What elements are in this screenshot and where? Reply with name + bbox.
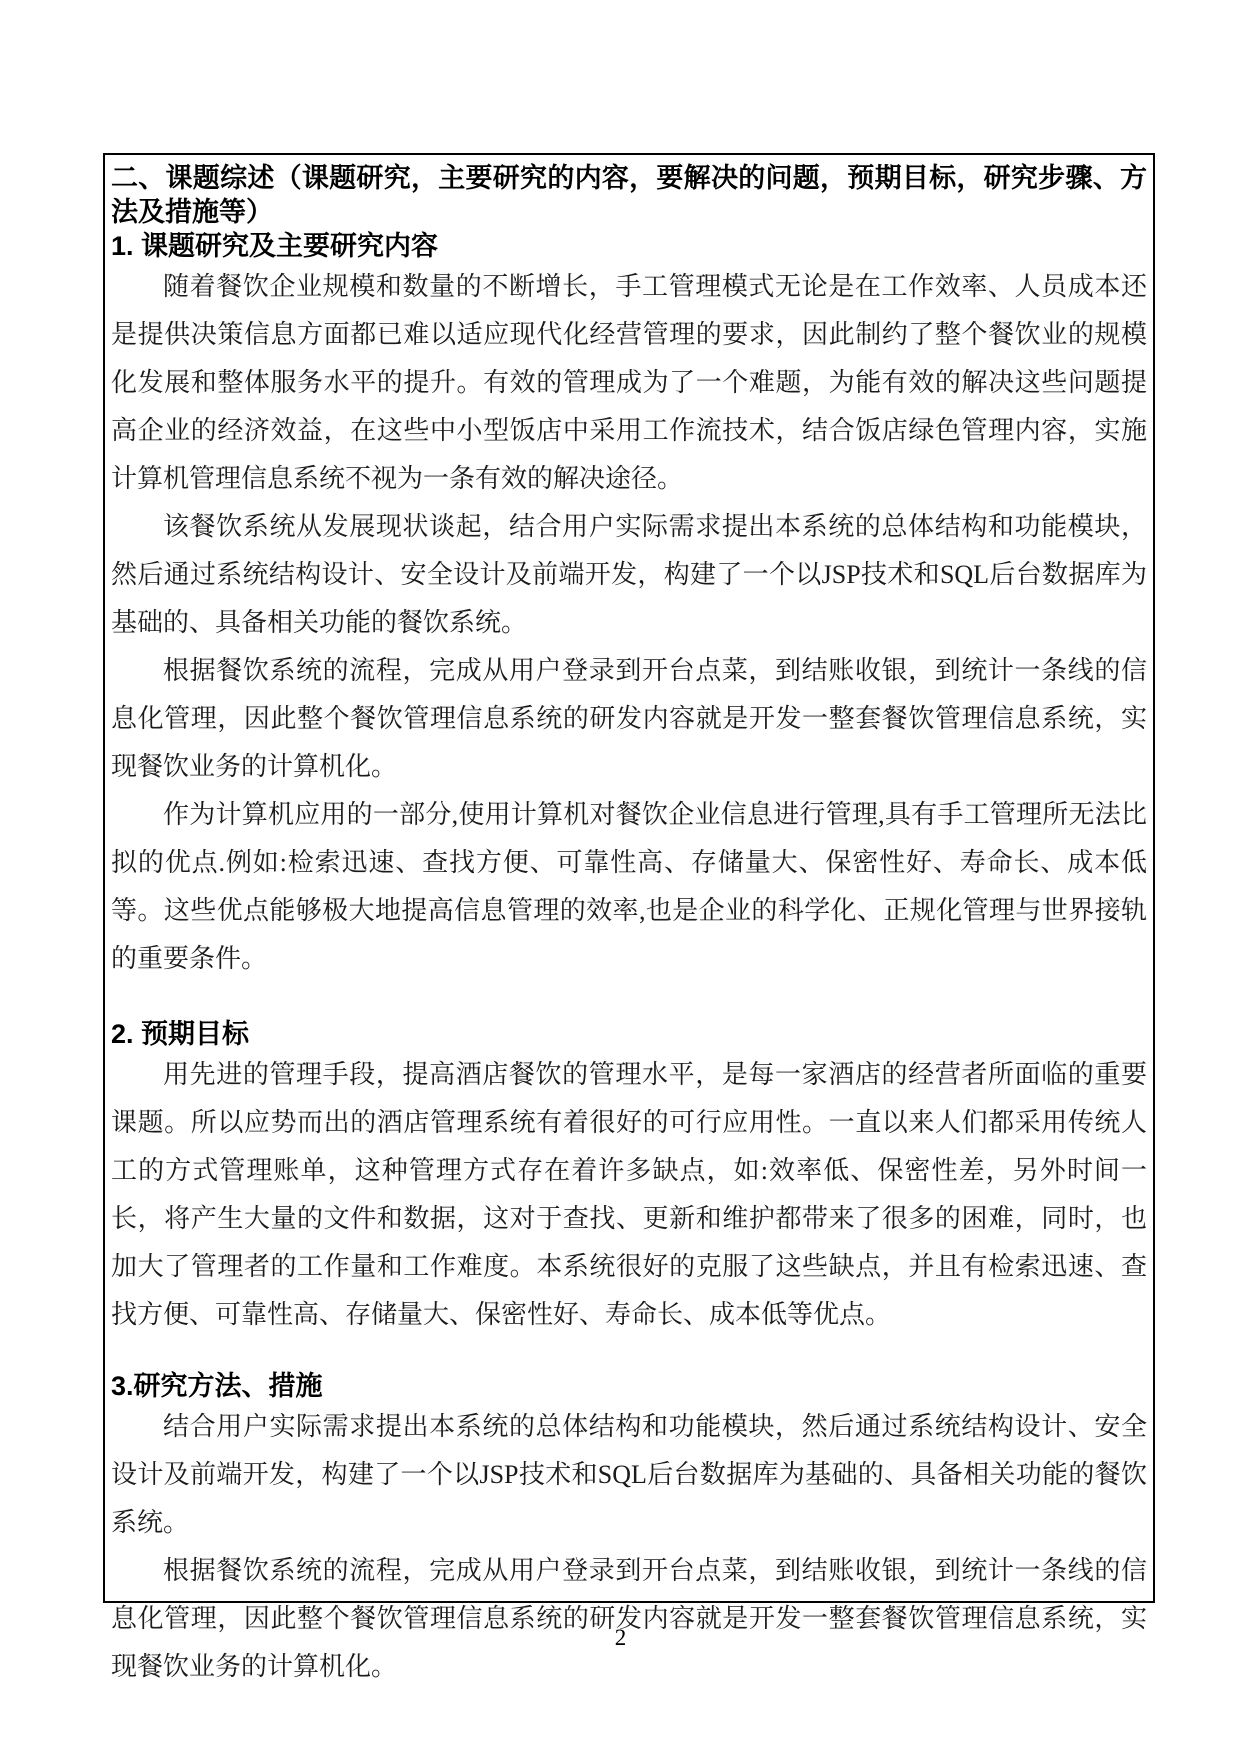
section-1-heading: 1. 课题研究及主要研究内容 [111,229,1147,263]
document-page: 二、课题综述（课题研究，主要研究的内容，要解决的问题，预期目标，研究步骤、方法及… [0,0,1241,1754]
section-1-paragraph-1: 随着餐饮企业规模和数量的不断增长，手工管理模式无论是在工作效率、人员成本还是提供… [111,263,1147,503]
topic-summary-box: 二、课题综述（课题研究，主要研究的内容，要解决的问题，预期目标，研究步骤、方法及… [103,153,1155,1603]
section-3-paragraph-1: 结合用户实际需求提出本系统的总体结构和功能模块，然后通过系统结构设计、安全设计及… [111,1403,1147,1547]
section-expected-goals: 2. 预期目标 用先进的管理手段，提高酒店餐饮的管理水平，是每一家酒店的经营者所… [111,1017,1147,1339]
section-1-paragraph-2: 该餐饮系统从发展现状谈起，结合用户实际需求提出本系统的总体结构和功能模块，然后通… [111,503,1147,647]
page-number: 2 [0,1624,1241,1652]
section-1-paragraph-3: 根据餐饮系统的流程，完成从用户登录到开台点菜，到结账收银，到统计一条线的信息化管… [111,647,1147,791]
section-3-heading: 3.研究方法、措施 [111,1369,1147,1403]
section-research-content: 1. 课题研究及主要研究内容 随着餐饮企业规模和数量的不断增长，手工管理模式无论… [111,229,1147,983]
box-header-title: 二、课题综述（课题研究，主要研究的内容，要解决的问题，预期目标，研究步骤、方法及… [111,161,1147,229]
section-2-heading: 2. 预期目标 [111,1017,1147,1051]
section-3-paragraph-2: 根据餐饮系统的流程，完成从用户登录到开台点菜，到结账收银，到统计一条线的信息化管… [111,1547,1147,1691]
section-1-paragraph-4: 作为计算机应用的一部分,使用计算机对餐饮企业信息进行管理,具有手工管理所无法比拟… [111,791,1147,983]
section-2-paragraph-1: 用先进的管理手段，提高酒店餐饮的管理水平，是每一家酒店的经营者所面临的重要课题。… [111,1051,1147,1339]
